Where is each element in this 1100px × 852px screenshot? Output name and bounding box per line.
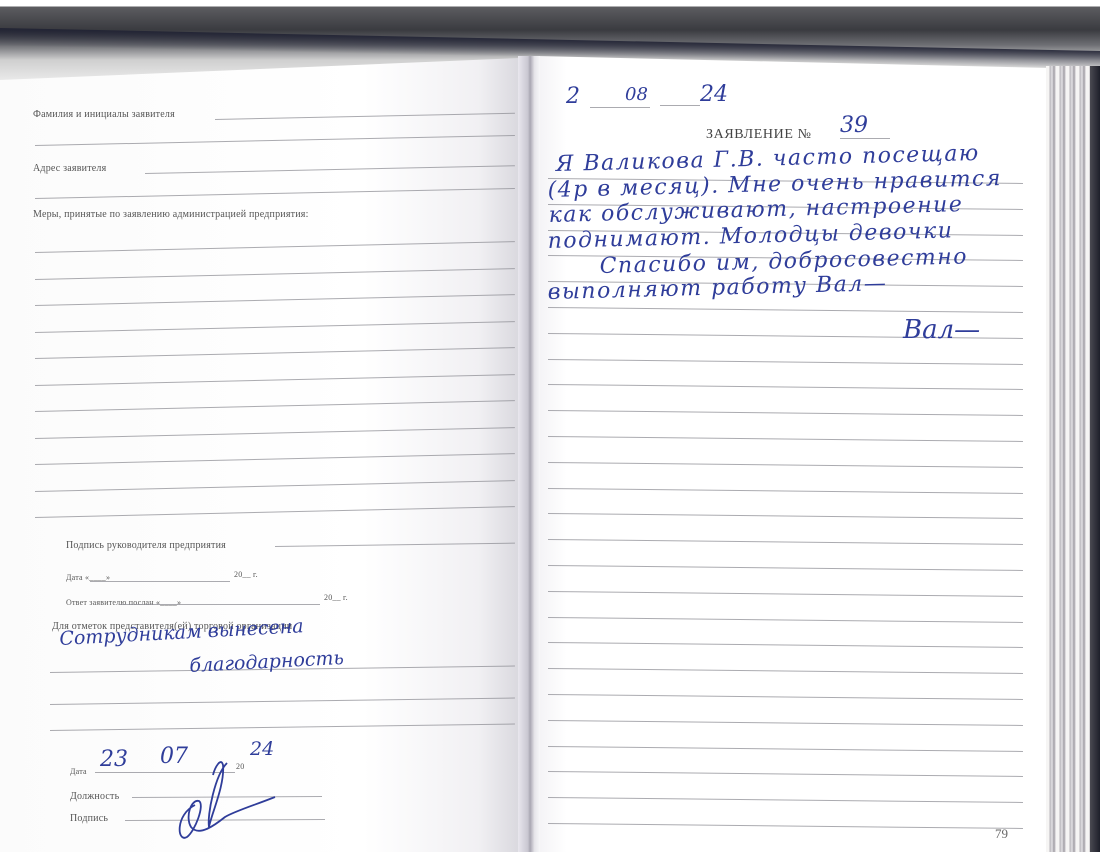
handwritten-month: 08 xyxy=(625,84,648,105)
statement-title: ЗАЯВЛЕНИЕ № xyxy=(706,127,812,143)
applicant-name-label: Фамилия и инициалы заявителя xyxy=(33,109,175,120)
signature-label: Подпись xyxy=(70,813,108,824)
handwritten-year: 24 xyxy=(700,82,728,107)
page-number: 79 xyxy=(995,826,1008,842)
ruled-line xyxy=(120,604,320,605)
reply-year-label: 20__ г. xyxy=(324,593,348,602)
bottom-date-label: Дата xyxy=(70,767,87,776)
book-spine xyxy=(518,56,540,852)
ruled-line xyxy=(90,581,230,582)
ruled-line xyxy=(840,138,890,139)
manager-signature-label: Подпись руководителя предприятия xyxy=(66,540,226,551)
applicant-address-label: Адрес заявителя xyxy=(33,163,106,174)
ruled-line xyxy=(590,107,650,108)
manager-signature xyxy=(165,755,285,845)
date-year-label: 20__ г. xyxy=(234,570,258,579)
handwritten-date-day: 23 xyxy=(100,747,128,772)
statement-number: 39 xyxy=(840,113,868,138)
reply-sent-label: Ответ заявителю послан «____» xyxy=(66,598,181,607)
measures-label: Меры, принятые по заявлению администраци… xyxy=(33,209,309,220)
ruled-line xyxy=(660,105,700,106)
handwritten-day: 2 xyxy=(566,84,580,109)
applicant-signature: Вал— xyxy=(903,315,980,345)
position-label: Должность xyxy=(70,791,119,802)
page-edges xyxy=(1046,66,1100,852)
